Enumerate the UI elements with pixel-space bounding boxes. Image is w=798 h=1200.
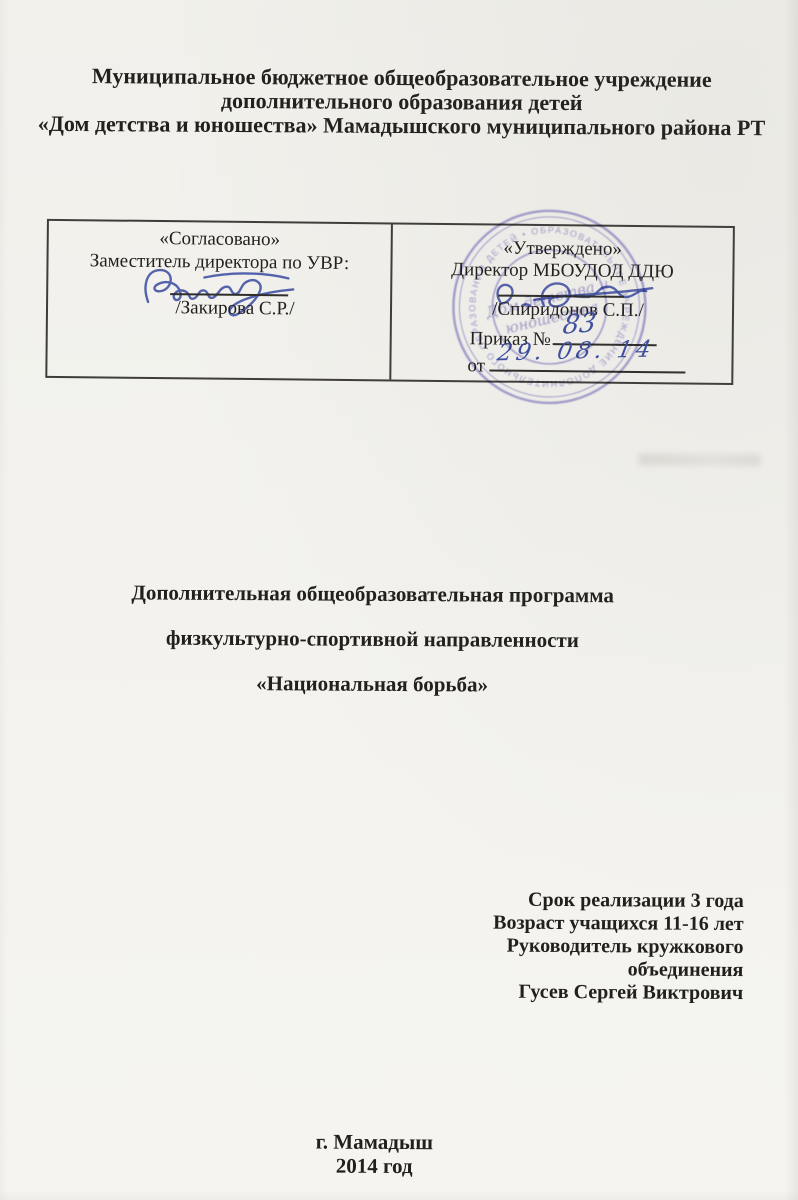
program-title: Дополнительная общеобразовательная прогр… [0,569,772,709]
scan-content: Муниципальное бюджетное общеобразователь… [0,0,798,1200]
scanned-document-page: Муниципальное бюджетное общеобразователь… [0,0,798,1200]
title-line-1: Дополнительная общеобразовательная прогр… [0,569,772,619]
agreed-status: «Согласовано» [49,227,391,253]
document-footer: г. Мамадыш 2014 год [0,1127,773,1180]
detail-leader-name: Гусев Сергей Виктрович [493,981,744,1006]
agreed-cell: «Согласовано» Заместитель директора по У… [47,221,393,380]
agreed-name: /Закирова С.Р./ [64,296,406,322]
detail-leader-1: Руководитель кружкового [493,935,744,960]
bleed-through-smudge [638,453,760,466]
title-line-3: «Национальная борьба» [0,659,771,709]
header-line-3: «Дом детства и юношества» Мамадышского м… [2,112,798,141]
footer-year: 2014 год [0,1151,773,1180]
document-header: Муниципальное бюджетное общеобразователь… [2,64,798,141]
detail-age: Возраст учащихся 11-16 лет [493,912,744,937]
detail-duration: Срок реализации 3 года [493,889,744,914]
title-line-2: физкультурно-спортивной направленности [0,614,772,664]
program-details: Срок реализации 3 года Возраст учащихся … [493,889,744,1006]
official-round-stamp-icon: ОБРАЗОВАТЕЛЬНОЕ УЧРЕЖДЕНИЕ ДОПОЛНИТЕЛЬНО… [449,206,650,407]
detail-leader-2: объединения [493,958,744,983]
